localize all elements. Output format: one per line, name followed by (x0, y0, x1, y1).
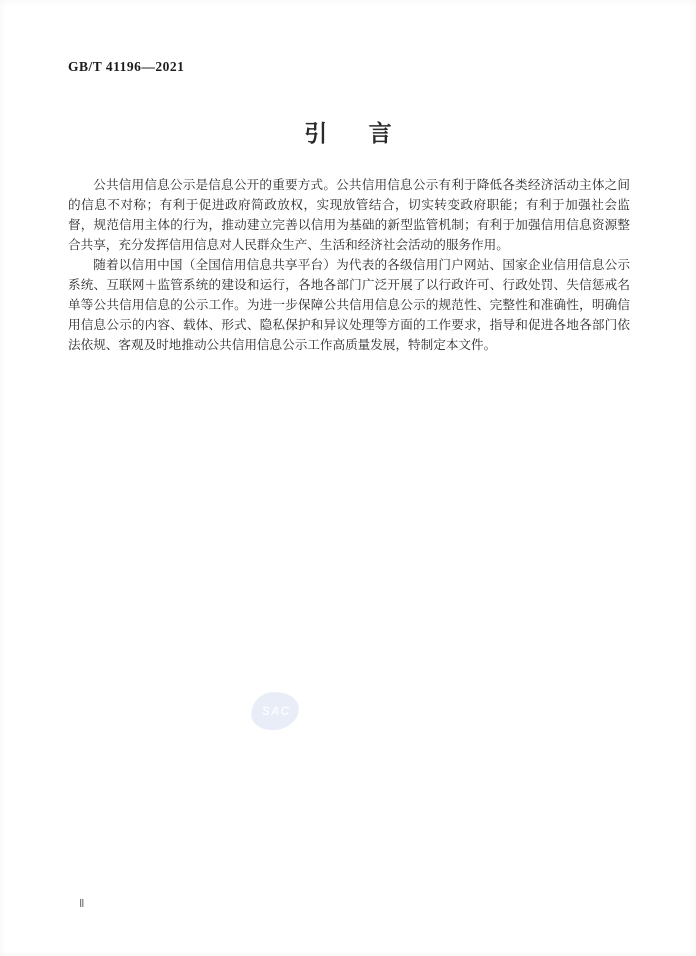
watermark-blob (249, 690, 301, 733)
page-title: 引言 (0, 115, 696, 148)
introduction-body: 公共信用信息公示是信息公开的重要方式。公共信用信息公示有利于降低各类经济活动主体… (68, 175, 630, 355)
paragraph: 公共信用信息公示是信息公开的重要方式。公共信用信息公示有利于降低各类经济活动主体… (68, 175, 630, 255)
standard-code: GB/T 41196—2021 (68, 59, 184, 75)
watermark-label: SAC (247, 704, 305, 718)
page-number: Ⅱ (79, 897, 84, 910)
document-page: GB/T 41196—2021 引言 公共信用信息公示是信息公开的重要方式。公共… (0, 0, 696, 956)
sac-watermark-icon: SAC (247, 688, 305, 734)
paragraph: 随着以信用中国（全国信用信息共享平台）为代表的各级信用门户网站、国家企业信用信息… (68, 255, 630, 355)
